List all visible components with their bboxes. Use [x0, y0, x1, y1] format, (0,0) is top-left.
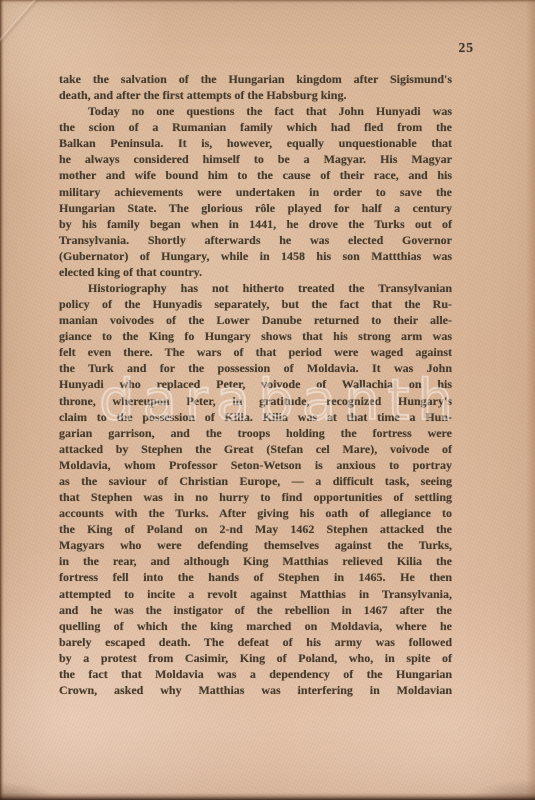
text-line: by his family began when in 1441, he dro…	[59, 216, 452, 232]
text-line: Hunyadi who replaced Peter, voivode of W…	[59, 376, 452, 392]
text-line: accounts with the Turks. After giving hi…	[59, 505, 452, 521]
text-line: he always considered himself to be a Mag…	[59, 151, 452, 167]
text-line: take the salvation of the Hungarian king…	[59, 71, 452, 87]
bottom-right-corner-shadow	[425, 770, 535, 800]
text-line: that Stephen was in no hurry to find opp…	[59, 489, 452, 505]
text-line: as the saviour of Christian Europe, — a …	[59, 473, 452, 489]
text-line: death, and after the first attempts of t…	[59, 87, 452, 103]
text-line: throne, whereupon Peter, in gratitude, r…	[59, 393, 452, 409]
page-top-edge-shadow	[0, 0, 535, 3]
text-line: Moldavia, whom Professor Seton-Wetson is…	[59, 457, 452, 473]
text-line: the Turk and for the possession of Molda…	[59, 360, 452, 376]
text-line: military achievements were undertaken in…	[59, 184, 452, 200]
text-line: by a protest from Casimir, King of Polan…	[59, 650, 452, 666]
text-line: garian garrison, and the troops holding …	[59, 425, 452, 441]
text-line: Magyars who were defending themselves ag…	[59, 537, 452, 553]
text-line: Hungarian State. The glorious rôle playe…	[59, 200, 452, 216]
text-line: felt even there. The wars of that period…	[59, 344, 452, 360]
text-line: elected king of that country.	[59, 264, 452, 280]
text-line: policy of the Hunyadis separately, but t…	[59, 296, 452, 312]
text-line: Transylvania. Shortly afterwards he was …	[59, 232, 452, 248]
text-line: attempted to incite a revolt against Mat…	[59, 586, 452, 602]
text-line: giance to the King fo Hungary shows that…	[59, 328, 452, 344]
text-line: manian voivodes of the Lower Danube retu…	[59, 312, 452, 328]
text-line: fortress fell into the hands of Stephen …	[59, 569, 452, 585]
text-line: and he was the instigator of the rebelli…	[59, 602, 452, 618]
text-line: (Gubernator) of Hungary, while in 1458 h…	[59, 248, 452, 264]
text-line: barely escaped death. The defeat of his …	[59, 634, 452, 650]
page-right-edge-shadow	[526, 0, 535, 800]
text-line: Historiography has not hitherto treated …	[59, 280, 452, 296]
page-left-edge-shadow	[0, 0, 4, 800]
text-line: mother and wife bound him to the cause o…	[59, 167, 452, 183]
text-line: claim to the possession of Kilia. Kilia …	[59, 409, 452, 425]
page-number: 25	[459, 40, 475, 56]
text-line: Today no one questions the fact that Joh…	[59, 103, 452, 119]
text-line: the King of Poland on 2-nd May 1462 Step…	[59, 521, 452, 537]
book-page: 25 take the salvation of the Hungarian k…	[0, 0, 535, 800]
text-line: attacked by Stephen the Great (Stefan ce…	[59, 441, 452, 457]
text-line: the scion of a Rumanian family which had…	[59, 119, 452, 135]
bottom-left-corner-shadow	[0, 774, 90, 800]
text-line: quelling of which the king marched on Mo…	[59, 618, 452, 634]
text-line: in the rear, and although King Matthias …	[59, 553, 452, 569]
text-line: Balkan Peninsula. It is, however, equall…	[59, 135, 452, 151]
text-line: Crown, asked why Matthias was interferin…	[59, 682, 452, 698]
page-text: take the salvation of the Hungarian king…	[59, 71, 452, 698]
text-line: the fact that Moldavia was a dependency …	[59, 666, 452, 682]
top-left-corner-crease	[0, 0, 38, 46]
